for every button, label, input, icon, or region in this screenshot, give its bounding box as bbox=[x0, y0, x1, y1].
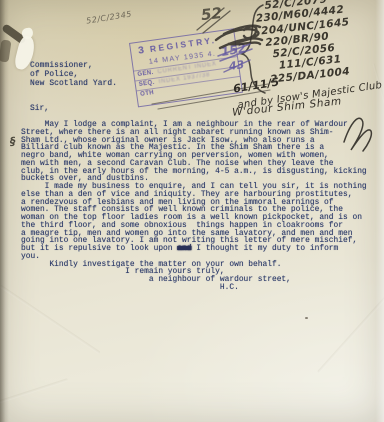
ink-speck bbox=[305, 317, 308, 319]
photographed-letter: Commissioner,of Police,New Scotland Yard… bbox=[0, 0, 384, 422]
paper-edge-shadow bbox=[0, 0, 9, 422]
body-line: H.C. bbox=[21, 284, 379, 292]
struck-number-43: 43 bbox=[228, 58, 245, 73]
reference-number-list: 52/C/2079230/M60/4442204/UNC/1645220/BR/… bbox=[254, 0, 384, 87]
stamp-row-value bbox=[158, 89, 159, 97]
body-line: but it is repulsive to look upon and I t… bbox=[21, 245, 379, 253]
pencil-number-52: 52 bbox=[200, 4, 223, 24]
letter-body: May I lodge a complaint, I am a neighbou… bbox=[21, 121, 379, 292]
stamp-row-label: OTH bbox=[140, 90, 155, 100]
struck-word: and bbox=[177, 244, 191, 253]
margin-section-mark: § bbox=[9, 135, 16, 149]
